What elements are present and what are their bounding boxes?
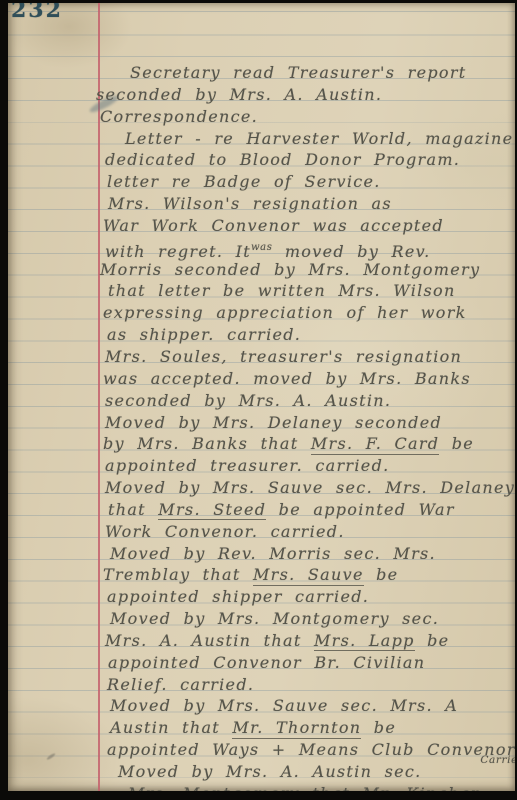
handwritten-text: Mrs. Montgomery that Mr. Kinahan xyxy=(128,784,482,791)
manuscript-line: seconded by Mrs. A. Austin. xyxy=(8,390,515,412)
handwritten-text: Moved by Mrs. Montgomery sec. xyxy=(110,609,439,628)
manuscript-line: that letter be written Mrs. Wilson xyxy=(8,280,515,302)
manuscript-line: War Work Convenor was accepted xyxy=(8,215,515,237)
underlined-name: Mr. Thornton xyxy=(232,718,361,739)
manuscript-line: appointed treasurer. carried. xyxy=(8,455,515,477)
handwritten-text: Mrs. Wilson's resignation as xyxy=(108,194,392,213)
handwritten-text: be appointed War xyxy=(266,500,455,519)
manuscript-line: Austin that Mr. Thornton be xyxy=(8,717,515,739)
handwritten-text: Morris seconded by Mrs. Montgomery xyxy=(100,260,480,279)
handwritten-text: appointed shipper carried. xyxy=(107,587,369,606)
handwritten-text: as shipper. carried. xyxy=(107,325,301,344)
manuscript-line: Moved by Mrs. Sauve sec. Mrs. Delaney xyxy=(8,477,515,499)
manuscript-line: appointed Convenor Br. Civilian xyxy=(8,652,515,674)
manuscript-line: Moved by Rev. Morris sec. Mrs. xyxy=(8,543,515,565)
manuscript-line: Morris seconded by Mrs. Montgomery xyxy=(8,259,515,281)
manuscript-line: Letter - re Harvester World, magazine xyxy=(8,128,515,150)
manuscript-line: Work Convenor. carried. xyxy=(8,521,515,543)
manuscript-line: expressing appreciation of her work xyxy=(8,302,515,324)
ledger-page: 232 Secretary read Treasurer's reportsec… xyxy=(8,3,515,791)
manuscript-line: Mrs. Wilson's resignation as xyxy=(8,193,515,215)
handwritten-text: Austin that xyxy=(110,718,232,737)
handwritten-text: be xyxy=(439,434,474,453)
handwritten-text: Moved by Mrs. Sauve sec. Mrs. A xyxy=(110,696,458,715)
handwritten-text: expressing appreciation of her work xyxy=(103,303,467,322)
handwritten-text: be xyxy=(415,631,450,650)
manuscript-line: Mrs. Montgomery that Mr. Kinahan xyxy=(8,783,515,791)
handwritten-text: War Work Convenor was accepted xyxy=(103,216,444,235)
manuscript-line: appointed shipper carried. xyxy=(8,586,515,608)
manuscript-line: dedicated to Blood Donor Program. xyxy=(8,149,515,171)
handwritten-text: Work Convenor. carried. xyxy=(105,522,345,541)
manuscript-line: by Mrs. Banks that Mrs. F. Card be xyxy=(8,433,515,455)
manuscript-line: was accepted. moved by Mrs. Banks xyxy=(8,368,515,390)
handwritten-text: Moved by Mrs. A. Austin sec. xyxy=(118,762,422,781)
manuscript-line: Mrs. Soules, treasurer's resignation xyxy=(8,346,515,368)
handwritten-text: appointed treasurer. carried. xyxy=(105,456,390,475)
handwritten-text: Secretary read Treasurer's report xyxy=(130,63,467,82)
manuscript-line: as shipper. carried. xyxy=(8,324,515,346)
handwritten-text: appointed Ways + Means Club Convenor. xyxy=(107,740,515,759)
manuscript-line: seconded by Mrs. A. Austin. xyxy=(8,84,515,106)
manuscript-line: with regret. Itwas moved by Rev. xyxy=(8,237,515,259)
minute-book-photo: 232 Secretary read Treasurer's reportsec… xyxy=(0,0,517,800)
underlined-name: Mrs. F. Card xyxy=(311,434,439,455)
manuscript-line: Moved by Mrs. Delaney seconded xyxy=(8,412,515,434)
manuscript-text: Secretary read Treasurer's reportseconde… xyxy=(8,62,515,791)
handwritten-text: be xyxy=(361,718,396,737)
manuscript-line: Correspondence. xyxy=(8,106,515,128)
handwritten-text: Mrs. A. Austin that xyxy=(105,631,314,650)
handwritten-text: Mrs. Soules, treasurer's resignation xyxy=(105,347,462,366)
handwritten-text: Relief. carried. xyxy=(107,675,254,694)
handwritten-text: that xyxy=(108,500,158,519)
page-number: 232 xyxy=(11,3,63,23)
handwritten-text: Correspondence. xyxy=(100,107,258,126)
handwritten-text: Letter - re Harvester World, magazine xyxy=(125,129,513,148)
handwritten-text: dedicated to Blood Donor Program. xyxy=(105,150,460,169)
underlined-name: Mrs. Steed xyxy=(158,500,266,521)
manuscript-line: appointed Ways + Means Club Convenor.Car… xyxy=(8,739,515,761)
manuscript-line: Moved by Mrs. Sauve sec. Mrs. A xyxy=(8,695,515,717)
handwritten-text: Moved by Mrs. Delaney seconded xyxy=(105,413,442,432)
underlined-name: Mrs. Lapp xyxy=(314,631,415,652)
handwritten-text: letter re Badge of Service. xyxy=(107,172,381,191)
handwritten-text: be xyxy=(364,565,399,584)
underlined-name: Mrs. Sauve xyxy=(253,565,364,586)
manuscript-line: Secretary read Treasurer's report xyxy=(8,62,515,84)
handwritten-text: Moved by Rev. Morris sec. Mrs. xyxy=(110,544,436,563)
manuscript-line: Relief. carried. xyxy=(8,674,515,696)
handwritten-text: seconded by Mrs. A. Austin. xyxy=(96,85,382,104)
manuscript-line: Moved by Mrs. Montgomery sec. xyxy=(8,608,515,630)
handwritten-text: Tremblay that xyxy=(103,565,253,584)
manuscript-line: letter re Badge of Service. xyxy=(8,171,515,193)
handwritten-text: by Mrs. Banks that xyxy=(103,434,311,453)
superscript-insertion: was xyxy=(251,242,272,253)
handwritten-text: Moved by Mrs. Sauve sec. Mrs. Delaney xyxy=(105,478,515,497)
handwritten-text: that letter be written Mrs. Wilson xyxy=(108,281,456,300)
handwritten-text: seconded by Mrs. A. Austin. xyxy=(105,391,391,410)
manuscript-line: that Mrs. Steed be appointed War xyxy=(8,499,515,521)
handwritten-text: was accepted. moved by Mrs. Banks xyxy=(103,369,471,388)
manuscript-line: Mrs. A. Austin that Mrs. Lapp be xyxy=(8,630,515,652)
manuscript-line: Moved by Mrs. A. Austin sec. xyxy=(8,761,515,783)
handwritten-text: appointed Convenor Br. Civilian xyxy=(108,653,425,672)
manuscript-line: Tremblay that Mrs. Sauve be xyxy=(8,564,515,586)
